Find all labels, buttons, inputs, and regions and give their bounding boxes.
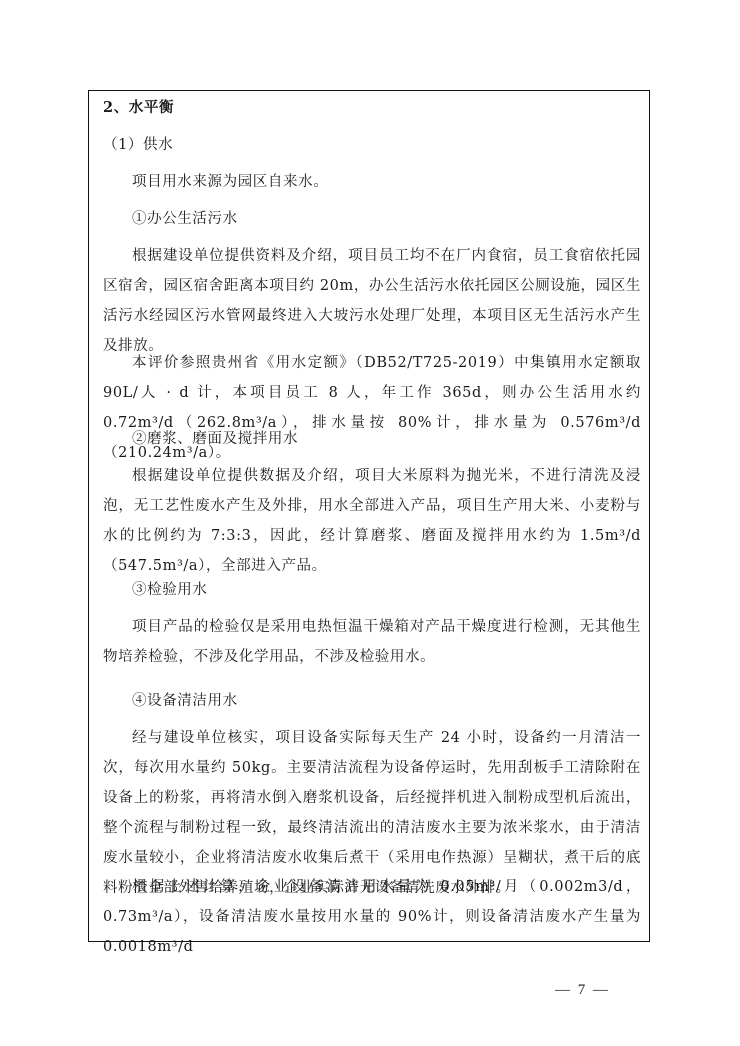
item-heading-equipment-cleaning: ④设备清洁用水 — [103, 686, 641, 716]
subsection-heading-supply: （1）供水 — [103, 130, 641, 160]
paragraph-supply-source: 项目用水来源为园区自来水。 — [103, 167, 641, 197]
section-title: 2、水平衡 — [103, 93, 641, 123]
item-heading-inspection-water: ③检验用水 — [103, 575, 641, 605]
page-number: — 7 — — [555, 982, 610, 999]
item-heading-office-wastewater: ①办公生活污水 — [103, 204, 641, 234]
paragraph-cleaning-calc: 根据上述计算，企业设备清洁用水量为 0.05m³/月（0.002m3/d，0.7… — [103, 872, 641, 962]
paragraph-grinding-water: 根据建设单位提供数据及介绍，项目大米原料为抛光米，不进行清洗及浸泡，无工艺性废水… — [103, 461, 641, 581]
content-frame: 2、水平衡 （1）供水 项目用水来源为园区自来水。 ①办公生活污水 根据建设单位… — [88, 90, 650, 942]
paragraph-office-wastewater: 根据建设单位提供资料及介绍，项目员工均不在厂内食宿，员工食宿依托园区宿舍，园区宿… — [103, 241, 641, 361]
paragraph-inspection-water: 项目产品的检验仅是采用电热恒温干燥箱对产品干燥度进行检测，无其他生物培养检验，不… — [103, 612, 641, 672]
item-heading-grinding-water: ②磨浆、磨面及搅拌用水 — [103, 424, 641, 454]
